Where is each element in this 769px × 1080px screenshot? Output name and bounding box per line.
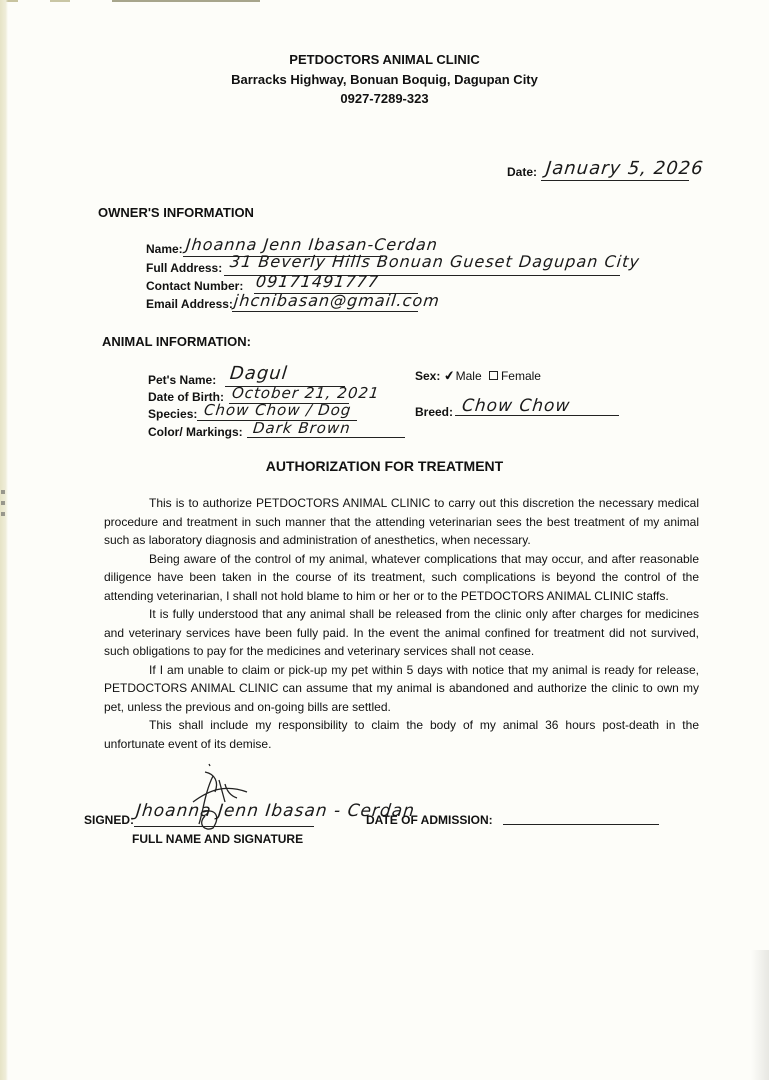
owner-address-label: Full Address: [146, 261, 222, 275]
signature-underline [134, 826, 314, 827]
owner-email-underline [232, 311, 418, 312]
clinic-phone: 0927-7289-323 [0, 89, 769, 108]
breed-label: Breed: [415, 405, 453, 419]
authorization-paragraph: Being aware of the control of my animal,… [104, 550, 699, 606]
date-label: Date: [507, 165, 537, 179]
species-value[interactable]: Chow Chow / Dog [203, 401, 352, 419]
clinic-address: Barracks Highway, Bonuan Boquig, Dagupan… [0, 70, 769, 89]
date-value[interactable]: January 5, 2026 [545, 158, 705, 179]
authorization-paragraph: This is to authorize PETDOCTORS ANIMAL C… [104, 494, 699, 550]
authorization-paragraph: If I am unable to claim or pick-up my pe… [104, 661, 699, 717]
pet-name-value[interactable]: Dagul [229, 363, 289, 384]
authorization-paragraph: It is fully understood that any animal s… [104, 605, 699, 661]
checkmark-icon[interactable]: ✔ [443, 367, 456, 384]
authorization-title: AUTHORIZATION FOR TREATMENT [0, 458, 769, 474]
paper-edge-left [0, 0, 8, 1080]
admission-date-label: DATE OF ADMISSION: [366, 813, 493, 827]
checkbox-female-icon[interactable] [489, 371, 498, 380]
sex-label: Sex: [415, 369, 440, 383]
paper-shadow-right [751, 950, 769, 1080]
date-underline [541, 180, 689, 181]
dob-value[interactable]: October 21, 2021 [231, 384, 381, 402]
authorization-body: This is to authorize PETDOCTORS ANIMAL C… [104, 494, 699, 753]
signature-caption: FULL NAME AND SIGNATURE [132, 832, 303, 846]
breed-value[interactable]: Chow Chow [461, 396, 571, 416]
owner-name-label: Name: [146, 242, 183, 256]
signed-label: SIGNED: [84, 813, 134, 827]
owner-contact-value[interactable]: 09171491777 [255, 272, 380, 291]
clinic-name: PETDOCTORS ANIMAL CLINIC [0, 50, 769, 69]
authorization-paragraph: This shall include my responsibility to … [104, 716, 699, 753]
sex-option-male[interactable]: Male [456, 369, 482, 383]
sex-option-female[interactable]: Female [501, 369, 541, 383]
color-underline [247, 437, 405, 438]
owner-email-label: Email Address: [146, 297, 233, 311]
sex-field: Sex: ✔Male Female [415, 368, 541, 384]
owner-contact-label: Contact Number: [146, 279, 243, 293]
owner-address-value[interactable]: 31 Beverly Hills Bonuan Gueset Dagupan C… [229, 252, 641, 271]
paper-edge-top [0, 0, 769, 2]
color-label: Color/ Markings: [148, 425, 243, 439]
pet-name-label: Pet's Name: [148, 373, 216, 387]
owner-email-value[interactable]: jhcnibasan@gmail.com [233, 291, 441, 310]
color-value[interactable]: Dark Brown [252, 419, 352, 437]
owner-section-title: OWNER'S INFORMATION [98, 205, 254, 220]
species-label: Species: [148, 407, 197, 421]
signature-scribble [175, 762, 255, 832]
animal-section-title: ANIMAL INFORMATION: [102, 334, 251, 349]
admission-date-field[interactable] [503, 824, 659, 825]
